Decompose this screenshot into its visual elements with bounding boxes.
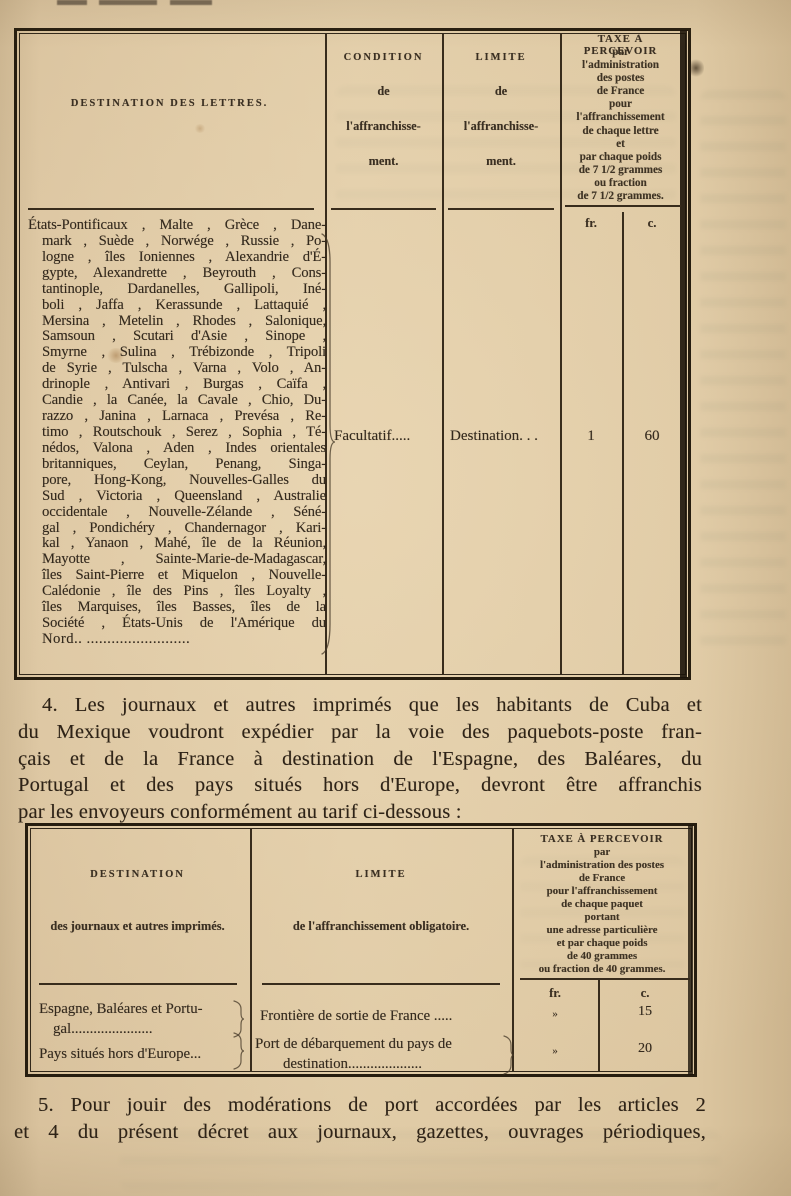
- subheader-centimes: c.: [622, 216, 682, 231]
- column-header-limite-rest: de l'affranchisse- ment.: [442, 74, 560, 179]
- text-line: et 4 du présent décret aux journaux, gaz…: [14, 1119, 706, 1146]
- text-line: tantinople, Dardanelles, Gallipoli, Iné-: [42, 282, 326, 298]
- tariff-table-journaux: DESTINATION des journaux et autres impri…: [25, 823, 697, 1077]
- text-line: Société , États-Unis de l'Amérique du: [42, 616, 326, 632]
- header-rule: [39, 983, 237, 985]
- text-line: Calédonie , île des Pins , îles Loyalty …: [42, 584, 326, 600]
- column-rule: [250, 829, 252, 1071]
- header-rule: [565, 205, 681, 207]
- centimes-value: 15: [598, 1004, 692, 1020]
- column-header-condition-title: CONDITION: [325, 52, 442, 63]
- article-5-paragraph: 5. Pour jouir des modérations de port ac…: [14, 1092, 706, 1146]
- subheader-francs: fr.: [512, 986, 598, 1001]
- text-line: logne , îles Ioniennes , Alexandrie d'É-: [42, 250, 326, 266]
- francs-value: »: [512, 1008, 598, 1020]
- text-line: 4. Les journaux et autres imprimés que l…: [18, 692, 702, 719]
- header-rule: [262, 983, 500, 985]
- text-line: Espagne, Baléares et Portu-: [39, 999, 239, 1019]
- column-header-destination-sub: des journaux et autres imprimés.: [25, 919, 250, 934]
- text-line: Candie , la Canée, la Cavale , Chio, Du-: [42, 393, 326, 409]
- column-header-taxe-rest: par l'administration des postes de Franc…: [560, 46, 681, 203]
- column-header-taxe-title: TAXE À PERCEVOIR: [512, 833, 692, 845]
- column-header-destination: DESTINATION DES LETTRES.: [14, 98, 325, 109]
- subheader-francs: fr.: [560, 216, 622, 231]
- text-line: gal......................: [53, 1019, 239, 1039]
- francs-value: »: [512, 1045, 598, 1057]
- header-rule: [448, 208, 554, 210]
- text-line: nédos, Valona , Aden , Indes orientales: [42, 441, 326, 457]
- header-rule: [331, 208, 436, 210]
- text-line: boli , Jaffa , Kerassunde , Lattaquié ,: [42, 298, 326, 314]
- header-rule: [520, 978, 690, 980]
- text-line: gypte, Alexandrette , Beyrouth , Cons-: [42, 266, 326, 282]
- text-line: kal , Yanaon , Mahé, île de la Réunion,: [42, 536, 326, 552]
- text-line: mark , Suède , Norwége , Russie , Po-: [42, 234, 326, 250]
- cutoff-text-fragment: [99, 0, 157, 5]
- limite-value: Destination. . .: [450, 428, 560, 445]
- text-line: Frontière de sortie de France .....: [260, 1006, 508, 1026]
- text-line: du Mexique voudront expédier par la voie…: [18, 719, 702, 746]
- text-line: Nord.. .........................: [42, 632, 326, 648]
- text-line: destination....................: [283, 1054, 505, 1074]
- text-line: britanniques, Ceylan, Penang, Singa-: [42, 457, 326, 473]
- text-line: razzo , Janina , Larnaca , Prevésa , Re-: [42, 409, 326, 425]
- text-line: Smyrne , Sulina , Trébizonde , Tripoli: [42, 345, 326, 361]
- text-line: îles Saint-Pierre et Miquelon , Nouvelle…: [42, 568, 326, 584]
- row-limite: Frontière de sortie de France .....: [260, 1006, 508, 1026]
- text-line: occidentale , Nouvelle-Zélande , Séné-: [42, 505, 326, 521]
- column-header-condition-rest: de l'affranchisse- ment.: [325, 74, 442, 179]
- text-line: Sud , Victoria , Queensland , Australie: [42, 489, 326, 505]
- text-line: gal , Pondichéry , Chandernagor , Kari-: [42, 521, 326, 537]
- destination-list: États-Pontificaux , Malte , Grèce , Dane…: [28, 218, 326, 648]
- text-line: drinople , Antivari , Burgas , Caïfa ,: [42, 377, 326, 393]
- row-destination: Pays situés hors d'Europe...: [39, 1044, 239, 1064]
- text-line: de Syrie , Tulscha , Varna , Volo , An-: [42, 361, 326, 377]
- cutoff-text-fragment: [57, 0, 87, 5]
- text-line: 5. Pour jouir des modérations de port ac…: [14, 1092, 706, 1119]
- row-limite: Port de débarquement du pays dedestinati…: [255, 1034, 505, 1074]
- column-header-taxe-rest: par l'administration des postes de Franc…: [512, 846, 692, 976]
- ink-bleedthrough: [700, 90, 786, 650]
- text-line: Mayotte , Sainte-Marie-de-Madagascar,: [42, 552, 326, 568]
- text-line: Pays situés hors d'Europe...: [39, 1044, 239, 1064]
- francs-value: 1: [560, 428, 622, 445]
- condition-value: Facultatif.....: [334, 428, 440, 445]
- column-header-destination-title: DESTINATION: [25, 869, 250, 880]
- text-line: États-Pontificaux , Malte , Grèce , Dane…: [28, 218, 326, 234]
- text-line: îles Marquises, îles Basses, îles de la: [42, 600, 326, 616]
- row-destination: Espagne, Baléares et Portu-gal..........…: [39, 999, 239, 1039]
- text-line: Mersina , Metelin , Rhodes , Salonique,: [42, 314, 326, 330]
- subheader-centimes: c.: [598, 986, 692, 1001]
- text-line: Portugal et des pays situés hors d'Europ…: [18, 772, 702, 799]
- column-header-limite-title: LIMITE: [442, 52, 560, 63]
- centimes-value: 60: [622, 428, 682, 445]
- text-line: Port de débarquement du pays de: [255, 1034, 505, 1054]
- text-line: çais et de la France à destination de l'…: [18, 746, 702, 773]
- scanned-document-page: DESTINATION DES LETTRES. CONDITION de l'…: [0, 0, 791, 1196]
- tariff-table-letters: DESTINATION DES LETTRES. CONDITION de l'…: [14, 28, 691, 680]
- column-header-limite-sub: de l'affranchissement obligatoire.: [250, 919, 512, 934]
- article-4-paragraph: 4. Les journaux et autres imprimés que l…: [18, 692, 702, 826]
- column-header-limite-title: LIMITE: [250, 869, 512, 880]
- header-rule: [28, 208, 314, 210]
- text-line: Samsoun , Scutari d'Asie , Sinope ,: [42, 329, 326, 345]
- centimes-value: 20: [598, 1041, 692, 1057]
- text-line: par les envoyeurs conformément au tarif …: [18, 799, 702, 826]
- brace-icon: [233, 1032, 245, 1070]
- text-line: pore, Hong-Kong, Nouvelles-Galles du: [42, 473, 326, 489]
- cutoff-text-fragment: [170, 0, 212, 5]
- table-right-heavy-rule: [680, 30, 687, 678]
- text-line: timo , Routschouk , Serez , Sophia , Té-: [42, 425, 326, 441]
